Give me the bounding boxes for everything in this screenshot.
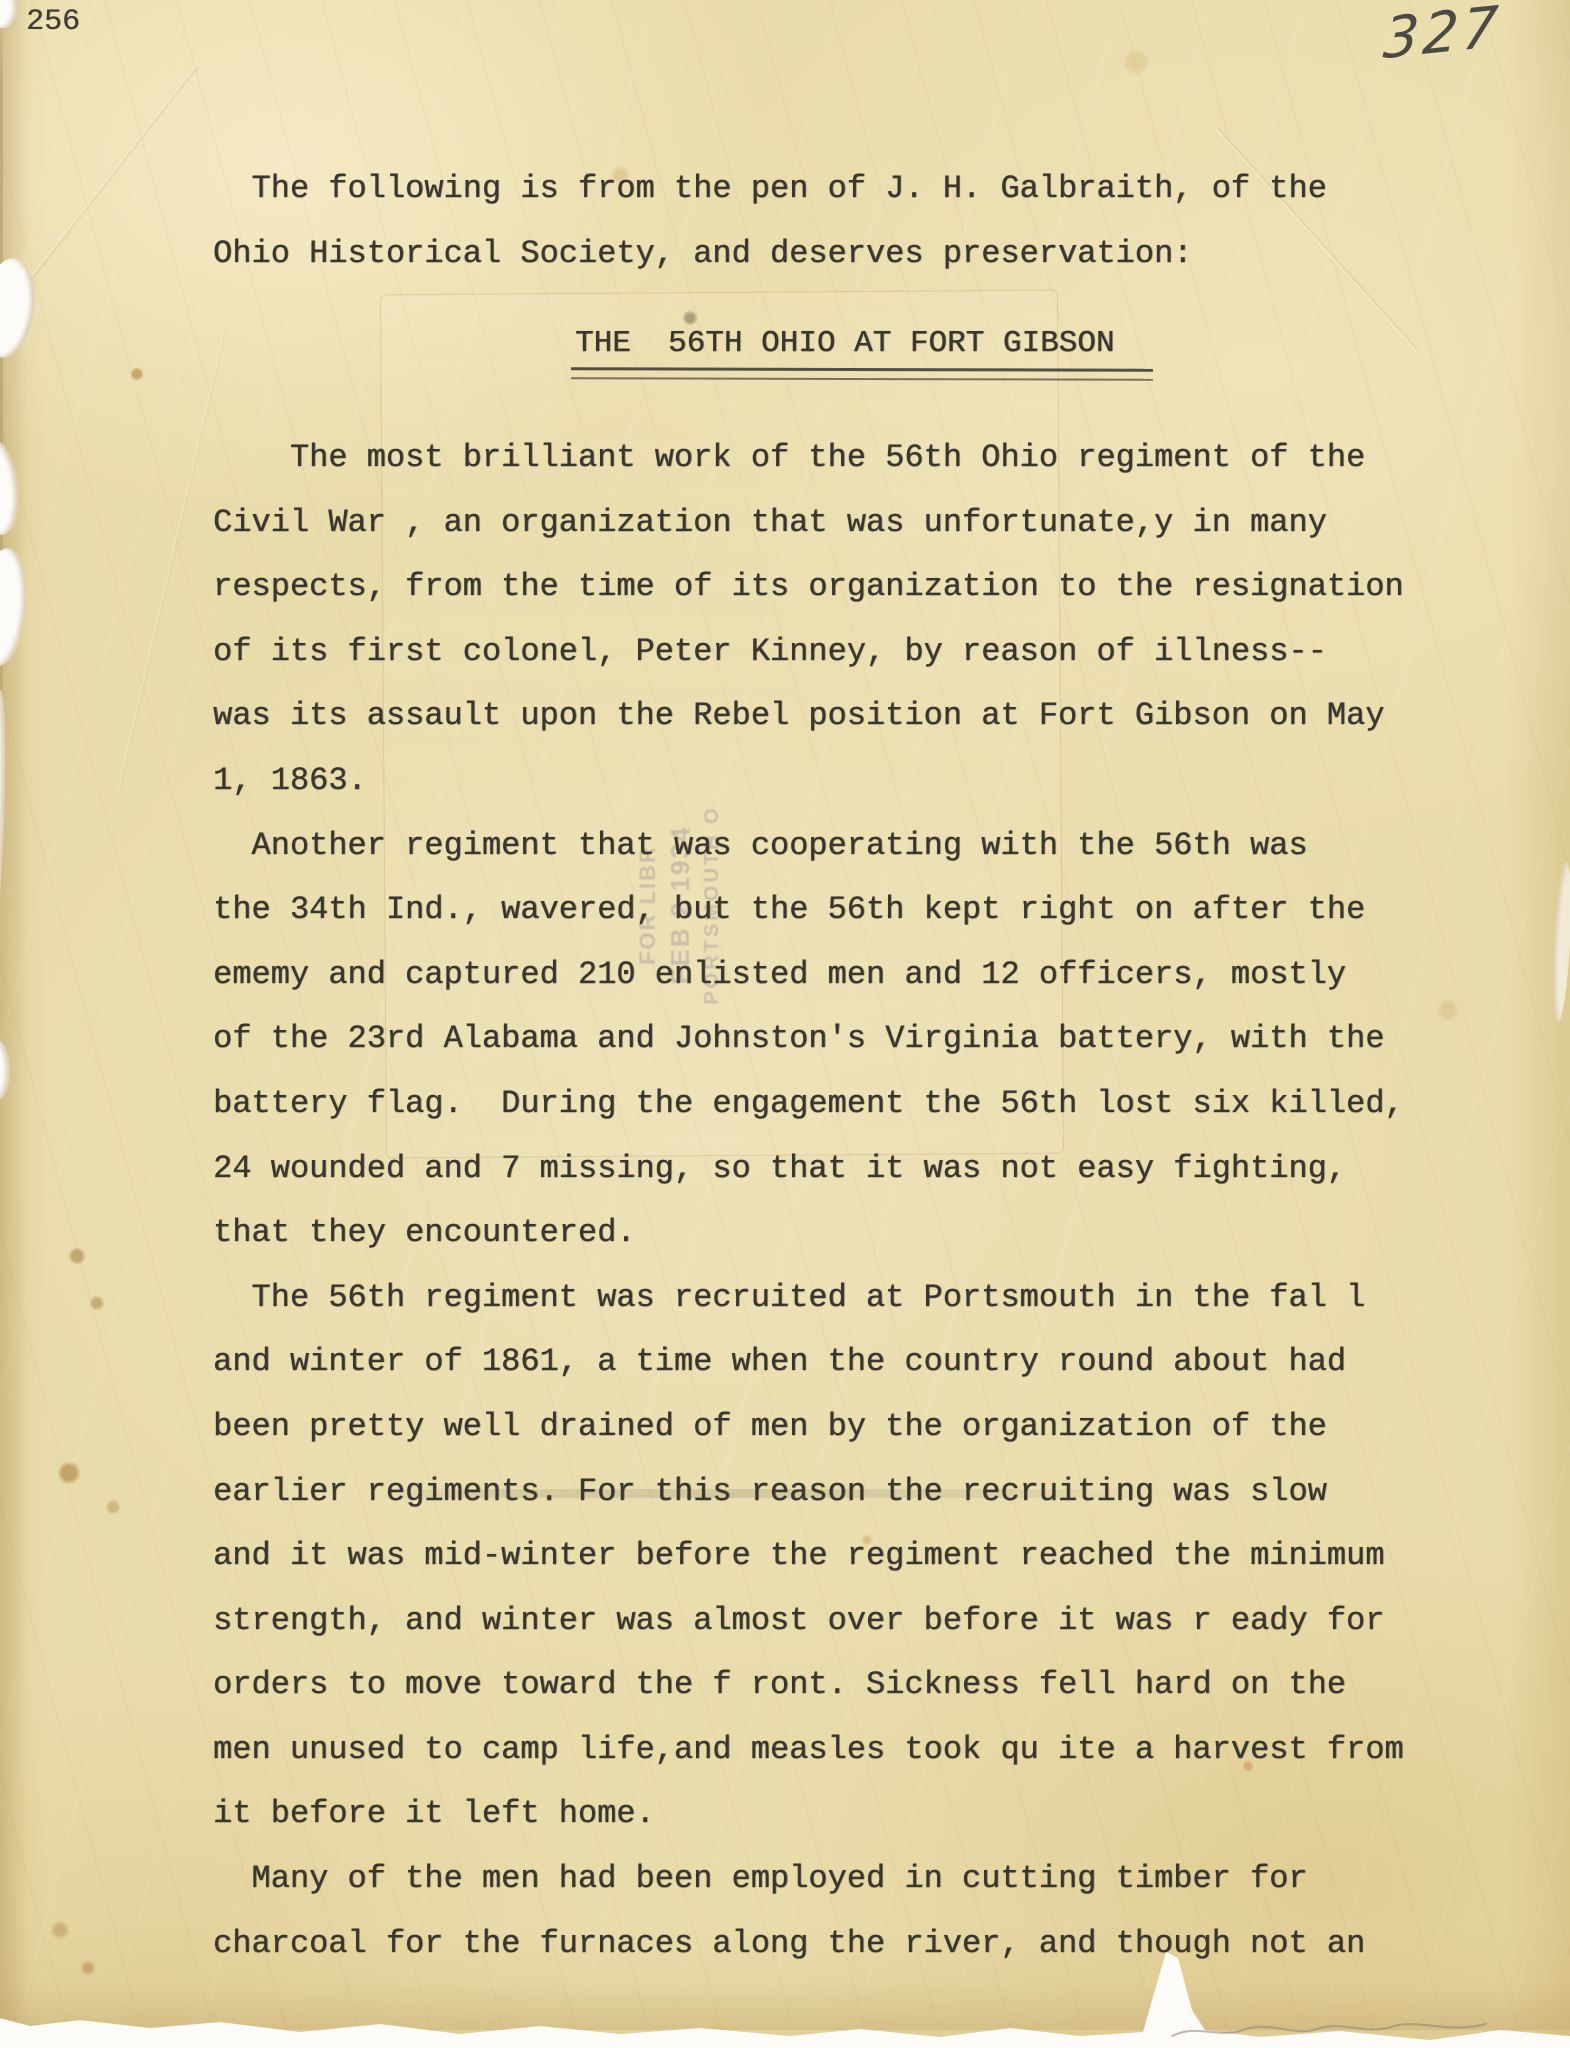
body-line: charcoal for the furnaces along the rive… (213, 1912, 1404, 1977)
body-line: that they encountered. (213, 1201, 1404, 1266)
intro-line: Ohio Historical Society, and deserves pr… (213, 221, 1327, 286)
body-line: strength, and winter was almost over bef… (213, 1589, 1404, 1654)
body-line: been pretty well drained of men by the o… (213, 1395, 1404, 1460)
body-line: it before it left home. (213, 1782, 1404, 1847)
body-line: was its assault upon the Rebel position … (213, 684, 1404, 749)
pencil-squiggle (1168, 2018, 1498, 2046)
body-line: Civil War , an organization that was unf… (213, 491, 1404, 556)
document-title: THE 56TH OHIO AT FORT GIBSON (575, 324, 1115, 364)
body-line: The most brilliant work of the 56th Ohio… (213, 426, 1404, 491)
body-line: ememy and captured 210 enlisted men and … (213, 943, 1404, 1008)
body-line: Another regiment that was cooperating wi… (213, 814, 1404, 879)
body-line: Many of the men had been employed in cut… (213, 1847, 1404, 1912)
intro-paragraph: The following is from the pen of J. H. G… (213, 156, 1327, 286)
body-line: The 56th regiment was recruited at Ports… (213, 1266, 1404, 1331)
body-line: battery flag. During the engagement the … (213, 1072, 1404, 1137)
body-line: of the 23rd Alabama and Johnston's Virgi… (213, 1007, 1404, 1072)
body-line: of its first colonel, Peter Kinney, by r… (213, 620, 1404, 685)
body-line: orders to move toward the f ront. Sickne… (213, 1653, 1404, 1718)
body-text: The most brilliant work of the 56th Ohio… (213, 426, 1404, 1976)
intro-line: The following is from the pen of J. H. G… (213, 156, 1327, 221)
body-line: respects, from the time of its organizat… (213, 555, 1404, 620)
title-underline (571, 367, 1153, 381)
scanned-document-page: FOR LIBR FEB 2 1934 PORTSMOUTH O 256 327… (0, 0, 1570, 2048)
body-line: and winter of 1861, a time when the coun… (213, 1330, 1404, 1395)
body-line: earlier regiments. For this reason the r… (213, 1460, 1404, 1525)
body-line: 1, 1863. (213, 749, 1404, 814)
body-line: 24 wounded and 7 missing, so that it was… (213, 1137, 1404, 1202)
page-number-typed: 256 (26, 0, 80, 44)
body-line: men unused to camp life,and measles took… (213, 1718, 1404, 1783)
body-line: the 34th Ind., wavered, but the 56th kep… (213, 878, 1404, 943)
body-line: and it was mid-winter before the regimen… (213, 1524, 1404, 1589)
paper-sheet: FOR LIBR FEB 2 1934 PORTSMOUTH O 256 327… (0, 0, 1570, 2048)
